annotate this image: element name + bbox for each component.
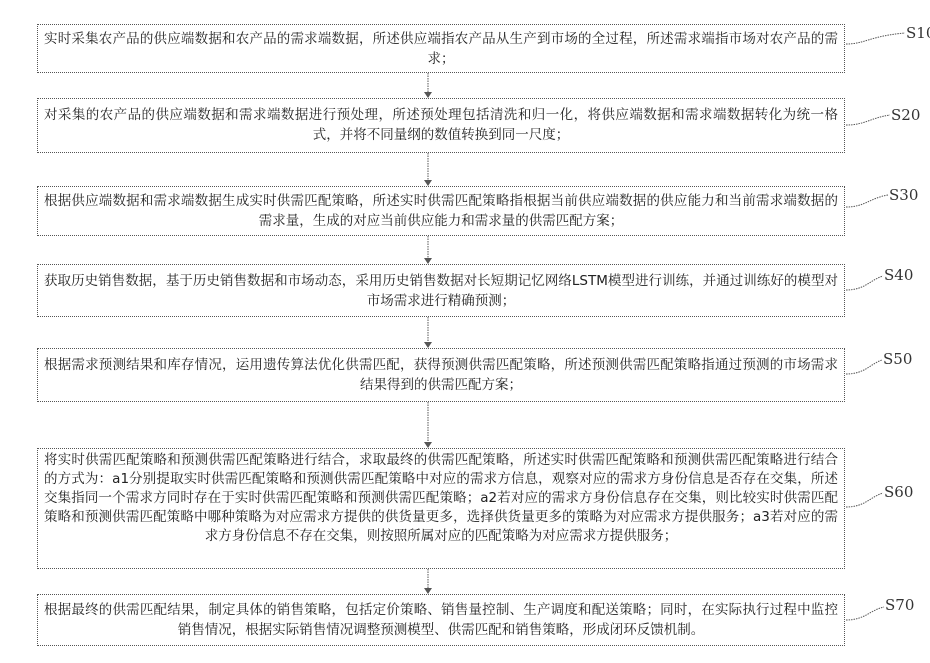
- step-s60-text: 将实时供需匹配策略和预测供需匹配策略进行结合，求取最终的供需匹配策略，所述实时供…: [44, 452, 838, 544]
- step-s10-text: 实时采集农产品的供应端数据和农产品的需求端数据，所述供应端指农产品从生产到市场的…: [44, 31, 838, 67]
- step-s10-label: S10: [906, 24, 930, 42]
- step-s30-label: S30: [889, 186, 918, 204]
- step-s20-text: 对采集的农产品的供应端数据和需求端数据进行预处理，所述预处理包括清洗和归一化，将…: [44, 107, 838, 143]
- step-s40-label: S40: [884, 266, 913, 284]
- step-s40-text: 获取历史销售数据，基于历史销售数据和市场动态，采用历史销售数据对长短期记忆网络L…: [44, 273, 838, 309]
- step-s50-text: 根据需求预测结果和库存情况，运用遗传算法优化供需匹配，获得预测供需匹配策略，所述…: [44, 357, 838, 393]
- step-s60-label: S60: [884, 483, 913, 501]
- step-s70-box: 根据最终的供需匹配结果，制定具体的销售策略，包括定价策略、销售量控制、生产调度和…: [37, 594, 845, 646]
- step-s20-box: 对采集的农产品的供应端数据和需求端数据进行预处理，所述预处理包括清洗和归一化，将…: [37, 98, 845, 153]
- step-s30-text: 根据供应端数据和需求端数据生成实时供需匹配策略，所述实时供需匹配策略指根据当前供…: [44, 193, 838, 229]
- step-s40-box: 获取历史销售数据，基于历史销售数据和市场动态，采用历史销售数据对长短期记忆网络L…: [37, 264, 845, 317]
- step-s50-box: 根据需求预测结果和库存情况，运用遗传算法优化供需匹配，获得预测供需匹配策略，所述…: [37, 348, 845, 402]
- step-s10-box: 实时采集农产品的供应端数据和农产品的需求端数据，所述供应端指农产品从生产到市场的…: [37, 24, 845, 73]
- step-s50-label: S50: [883, 350, 912, 368]
- step-s70-label: S70: [885, 596, 914, 614]
- step-s20-label: S20: [891, 106, 920, 124]
- step-s60-box: 将实时供需匹配策略和预测供需匹配策略进行结合，求取最终的供需匹配策略，所述实时供…: [37, 448, 845, 569]
- step-s30-box: 根据供应端数据和需求端数据生成实时供需匹配策略，所述实时供需匹配策略指根据当前供…: [37, 186, 845, 236]
- step-s70-text: 根据最终的供需匹配结果，制定具体的销售策略，包括定价策略、销售量控制、生产调度和…: [44, 602, 838, 638]
